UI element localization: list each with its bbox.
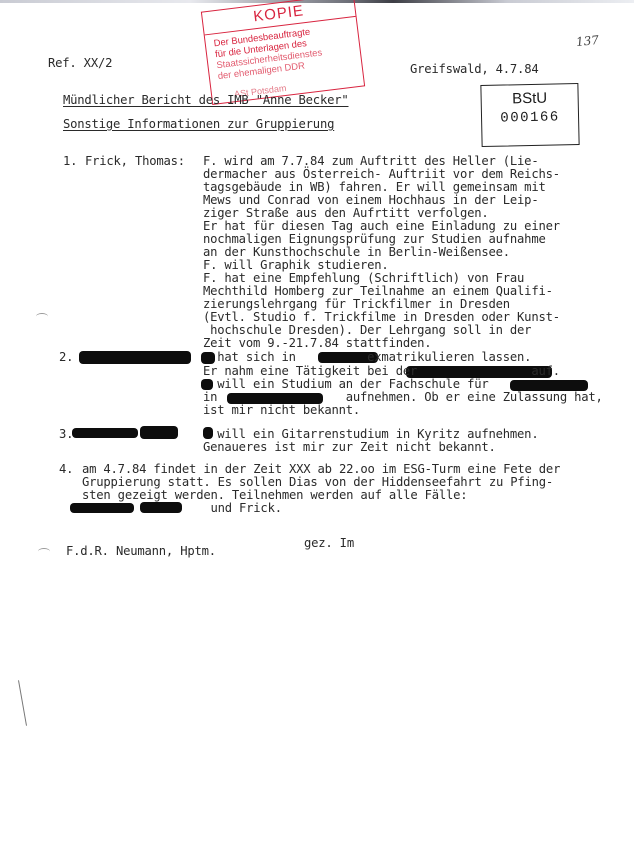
margin-mark (38, 548, 50, 555)
redaction (70, 503, 134, 513)
redaction (140, 502, 182, 513)
redaction (79, 351, 191, 364)
item-1-number: 1. (63, 155, 77, 168)
bstu-number: 000166 (482, 109, 578, 127)
report-subtitle: Sonstige Informationen zur Gruppierung (63, 118, 334, 131)
signed-note: gez. Im (304, 537, 354, 550)
item-4-number: 4. (59, 463, 73, 476)
text-line: Genaueres ist mir zur Zeit nicht bekannt… (203, 441, 496, 454)
text-line: Zeit vom 9.-21.7.84 stattfinden. (203, 337, 431, 350)
kopie-stamp-text: Der Bundesbeauftragte für die Unterlagen… (213, 24, 324, 81)
kopie-stamp-title: KOPIE (202, 0, 355, 31)
margin-mark (36, 313, 48, 320)
text-line: hat sich in exmatrikulieren lassen. (203, 351, 531, 364)
text-line: ist mir nicht bekannt. (203, 404, 360, 417)
place-date: Greifswald, 4.7.84 (410, 63, 538, 76)
reference: Ref. XX/2 (48, 57, 112, 70)
fdr-line: F.d.R. Neumann, Hptm. (66, 545, 216, 558)
redaction (72, 428, 138, 438)
bstu-label: BStU (481, 89, 577, 108)
margin-mark (18, 680, 27, 725)
kopie-stamp: KOPIE Der Bundesbeauftragte für die Unte… (201, 0, 365, 105)
handwritten-page-number: 137 (575, 33, 599, 49)
item-1-name: Frick, Thomas: (85, 155, 185, 168)
item-2-number: 2. (59, 351, 73, 364)
redaction (140, 426, 178, 439)
bstu-stamp: BStU 000166 (480, 83, 579, 147)
report-title: Mündlicher Bericht des IMB "Anne Becker" (63, 94, 349, 107)
